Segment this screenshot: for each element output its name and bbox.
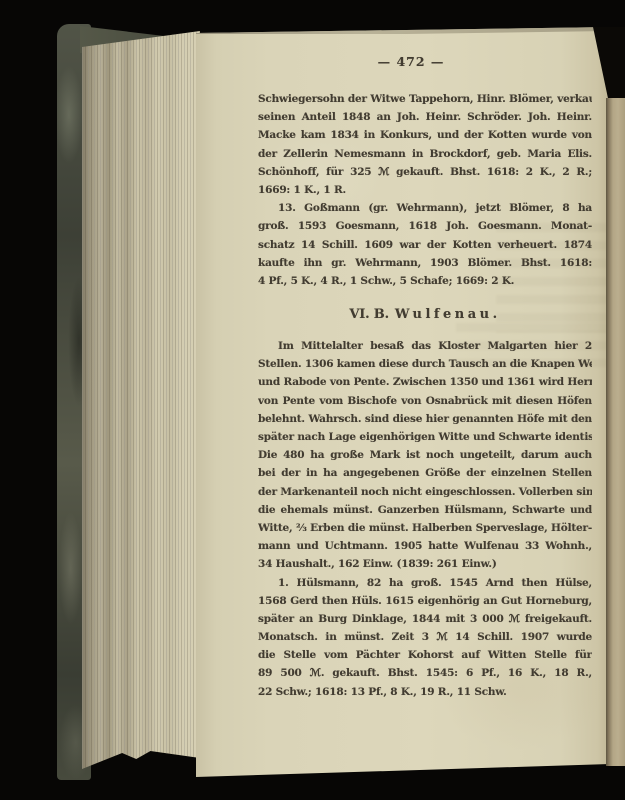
- text-line: Im Mittelalter besaß das Kloster Malgart…: [258, 337, 592, 355]
- page-stack-fore-edge: [82, 30, 200, 776]
- paragraph-blomer-schroeder: Schwiegersohn der Witwe Tappehorn, Hinr.…: [258, 90, 592, 199]
- text-line: Monatsch. in münst. Zeit 3 ℳ 14 Schill. …: [258, 628, 592, 646]
- paragraph-gossmann: 13. Goßmann (gr. Wehrmann), jetzt Blömer…: [258, 199, 592, 290]
- text-line: groß. 1593 Goesmann, 1618 Joh. Goesmann.…: [258, 217, 592, 235]
- text-line: belehnt. Wahrsch. sind diese hier genann…: [258, 410, 592, 428]
- text-line: seinen Anteil 1848 an Joh. Heinr. Schröd…: [258, 108, 592, 126]
- section-number: VI. B.: [349, 307, 389, 322]
- text-line: später nach Lage eigenhörigen Witte und …: [258, 428, 592, 446]
- page-text-column: — 472 — Schwiegersohn der Witwe Tappehor…: [258, 54, 592, 701]
- text-line: kaufte ihn gr. Wehrmann, 1903 Blömer. Bh…: [258, 254, 592, 272]
- section-title: Wulfenau.: [395, 307, 501, 322]
- text-line: der Markenanteil noch nicht eingeschloss…: [258, 483, 592, 501]
- text-line: Schwiegersohn der Witwe Tappehorn, Hinr.…: [258, 90, 592, 108]
- paragraph-huelsmann: 1. Hülsmann, 82 ha groß. 1545 Arnd then …: [258, 574, 592, 701]
- text-line: Die 480 ha große Mark ist noch ungeteilt…: [258, 446, 592, 464]
- text-line: später an Burg Dinklage, 1844 mit 3 000 …: [258, 610, 592, 628]
- text-line: schatz 14 Schill. 1609 war der Kotten ve…: [258, 236, 592, 254]
- text-line: die ehemals münst. Ganzerben Hülsmann, S…: [258, 501, 592, 519]
- text-line: Stellen. 1306 kamen diese durch Tausch a…: [258, 355, 592, 373]
- text-line: und Rabode von Pente. Zwischen 1350 und …: [258, 373, 592, 391]
- text-line: 34 Haushalt., 162 Einw. (1839: 261 Einw.…: [258, 555, 592, 573]
- text-line: 1. Hülsmann, 82 ha groß. 1545 Arnd then …: [258, 574, 592, 592]
- text-line: 22 Schw.; 1618: 13 Pf., 8 K., 19 R., 11 …: [258, 683, 592, 701]
- page-number: — 472 —: [244, 54, 578, 69]
- text-line: 1669: 1 K., 1 R.: [258, 181, 592, 199]
- paragraph-wulfenau-intro: Im Mittelalter besaß das Kloster Malgart…: [258, 337, 592, 573]
- text-line: 89 500 ℳ. gekauft. Bhst. 1545: 6 Pf., 16…: [258, 664, 592, 682]
- paper-speck: [591, 793, 593, 795]
- text-line: 4 Pf., 5 K., 4 R., 1 Schw., 5 Schafe; 16…: [258, 272, 592, 290]
- adjacent-page-edge: [606, 98, 625, 766]
- text-line: Witte, ⅔ Erben die münst. Halberben Sper…: [258, 519, 592, 537]
- text-line: 1568 Gerd then Hüls. 1615 eigenhörig an …: [258, 592, 592, 610]
- text-line: Schönhoff, für 325 ℳ gekauft. Bhst. 1618…: [258, 163, 592, 181]
- text-line: von Pente vom Bischofe von Osnabrück mit…: [258, 392, 592, 410]
- text-line: mann und Uchtmann. 1905 hatte Wulfenau 3…: [258, 537, 592, 555]
- text-line: die Stelle vom Pächter Kohorst auf Witte…: [258, 646, 592, 664]
- text-line: 13. Goßmann (gr. Wehrmann), jetzt Blömer…: [258, 199, 592, 217]
- text-line: bei der in ha angegebenen Größe der einz…: [258, 464, 592, 482]
- section-heading: VI. B.Wulfenau.: [258, 305, 592, 325]
- text-line: der Zellerin Nemesmann in Brockdorf, geb…: [258, 145, 592, 163]
- text-line: Macke kam 1834 in Konkurs, und der Kotte…: [258, 126, 592, 144]
